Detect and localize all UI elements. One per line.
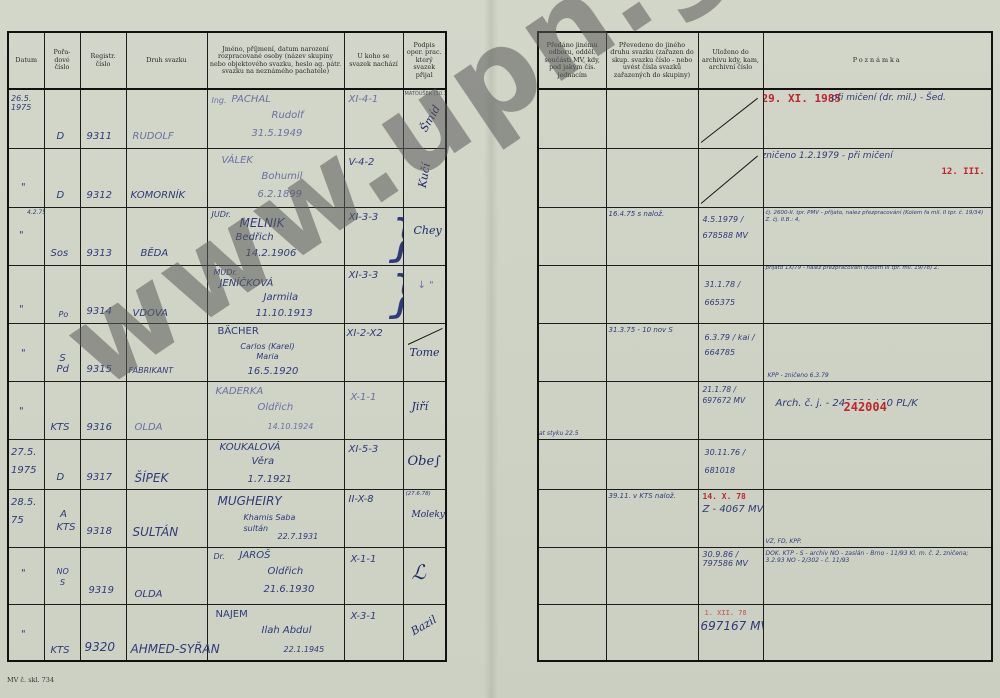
cancel-slash — [700, 155, 757, 203]
u-koho: XI-3-3 — [349, 212, 379, 223]
book-gutter — [484, 0, 498, 698]
col-header-ulozeno: Uloženo do archivu kdy, kam, archivní čí… — [698, 32, 763, 89]
jmeno-dob: 31.5.1949 — [252, 128, 303, 139]
signature: Moleky — [412, 510, 445, 520]
registr-cislo: 9317 — [87, 472, 112, 483]
u-koho: X-1-1 — [351, 554, 377, 565]
datum: " — [21, 629, 26, 640]
jmeno-dob: 22.7.1931 — [278, 532, 319, 541]
table-row: 27.5. 1975 D 9317 ŠÍPEK KOUKALOVÁ Věra 1… — [8, 439, 446, 489]
col-header-u-koho: U koho se svazek nachází — [344, 32, 403, 89]
brace-icon: } — [389, 208, 404, 266]
date-stamp: 12. III. 79 — [942, 167, 993, 177]
col-header-podpis: Podpis oper. prac. který svazek přijal — [403, 32, 446, 89]
table-row: 29. XI. 1985 při mičení (dr. mil.) - Šed… — [538, 89, 992, 148]
jmeno-dob: 22.1.1945 — [284, 645, 325, 654]
druh-svazku: ŠÍPEK — [135, 471, 169, 485]
jmeno-surname: KADERKA — [216, 386, 264, 397]
jmeno-surname: MUGHEIRY — [218, 494, 282, 508]
ditto-mark: ↓ " — [418, 280, 434, 291]
u-koho: XI-2-X2 — [347, 328, 383, 339]
table-row: zničeno 1.2.1979 - při mičení 12. III. 7… — [538, 148, 992, 207]
podpis-note: MATOUŠEK (30.1.87) — [405, 91, 447, 97]
col-header-registr-cislo: Registr. číslo — [80, 32, 126, 89]
druh-svazku: BĚDA — [141, 248, 169, 259]
jmeno-first: Rudolf — [272, 110, 304, 121]
col-header-prevedeno: Převedeno do jiného druhu svazku (zařaze… — [606, 32, 698, 89]
register-table-left: Datum Pořa-dové číslo Registr. číslo Dru… — [7, 31, 447, 662]
datum-note: 4.2.75 — [27, 209, 44, 216]
jmeno-surname: KOUKALOVÁ — [220, 442, 281, 453]
signature: Kučí — [415, 162, 432, 189]
registr-cislo: 9314 — [87, 306, 112, 317]
ulozeno: 21.1.78 / 697672 MV — [703, 384, 763, 406]
jmeno-title: Ing. — [212, 96, 227, 105]
jmeno-first: Bohumil — [262, 171, 303, 182]
col-header-poradove-cislo: Pořa-dové číslo — [44, 32, 80, 89]
jmeno-first: Oldřich — [258, 402, 294, 413]
registr-cislo: 9313 — [87, 248, 112, 259]
jmeno-dob: 16.5.1920 — [248, 366, 299, 377]
druh-svazku: FABRIKANT — [129, 366, 174, 375]
jmeno-surname: MELNIK — [240, 216, 285, 230]
signature: Jiří — [412, 400, 429, 413]
poznamka: čj. 2600-II. tpr. PMV - přijato, nalez p… — [766, 210, 988, 224]
date-stamp: 1. XII. 78 — [705, 609, 747, 617]
prevedeno: 39.11. v KTS nalož. — [609, 492, 676, 500]
druh-svazku: OLDA — [135, 422, 163, 433]
table-row: 4.2.75" Sos 9313 BĚDA JUDr. MELNIK Bedři… — [8, 207, 446, 265]
druh-svazku: VDOVA — [133, 308, 168, 319]
ulozeno: 6.3.79 / kai / 664785 — [705, 330, 761, 360]
datum: " — [21, 568, 26, 579]
jmeno-dob: 6.2.1899 — [258, 189, 303, 200]
jmeno-title: JUDr. — [212, 210, 231, 219]
col-header-poznamka: Poznámka — [763, 32, 992, 89]
cancel-slash — [700, 98, 757, 143]
u-koho: XI-4-1 — [349, 94, 379, 105]
header-row: Předáno jinému odboru, odděl. součásti M… — [538, 32, 992, 89]
jmeno-surname: PACHAL — [232, 94, 271, 105]
registr-cislo: 9312 — [87, 190, 112, 201]
u-koho: XI-5-3 — [349, 444, 379, 455]
ulozeno: 4.5.1979 / 678588 MV — [703, 212, 763, 244]
jmeno-first: Khamis Saba sultán — [244, 512, 314, 534]
predano: at styku 22.5 — [539, 430, 579, 437]
brace-icon: } — [389, 265, 404, 323]
col-header-predano: Předáno jinému odboru, odděl. součásti M… — [538, 32, 606, 89]
u-koho: X-3-1 — [351, 611, 377, 622]
jmeno-dob: 14.2.1906 — [246, 248, 297, 259]
jmeno-surname: JAROŠ — [240, 550, 271, 561]
poradove-cislo: NO S — [57, 566, 69, 588]
jmeno-title: Dr. — [214, 552, 225, 561]
jmeno-dob: 1.7.1921 — [248, 474, 293, 485]
datum: " — [21, 348, 26, 359]
poradove-cislo: A KTS — [57, 508, 71, 534]
poznamka: KPP, čistota KL. m., DCK, 4.5.77 zničil … — [766, 265, 988, 272]
signature: Chey — [414, 224, 442, 237]
jmeno-surname: JENÍČKOVÁ — [220, 278, 274, 289]
table-row: 30.11.76 / 681018 — [538, 439, 992, 489]
datum: " — [19, 230, 24, 241]
prevedeno: 31.3.75 - 10 nov S — [609, 326, 673, 334]
form-code: MV č. skl. 734 — [7, 676, 54, 684]
ulozeno: 30.9.86 / 797586 MV — [703, 550, 764, 568]
registr-cislo: 9311 — [87, 131, 112, 142]
jmeno-dob: 11.10.1913 — [256, 308, 313, 319]
poznamka: při mičení (dr. mil.) - Šed. — [832, 93, 946, 103]
registr-cislo: 9320 — [85, 640, 116, 654]
table-row: " KTS 9320 AHMED-SYŘAN NAJEM Ilah Abdul … — [8, 604, 446, 661]
poradove-cislo: D — [57, 131, 65, 142]
jmeno-surname: VÁLEK — [222, 155, 253, 166]
jmeno-first: Oldřich — [268, 566, 304, 577]
table-row: 16.4.75 s nalož. 4.5.1979 / 678588 MV čj… — [538, 207, 992, 265]
table-row: 31.1.78 / 665375 KPP, čistota KL. m., DC… — [538, 265, 992, 323]
poradove-cislo: D — [57, 472, 65, 483]
table-row: at styku 22.5 21.1.78 / 697672 MV Arch. … — [538, 381, 992, 439]
table-row: " D 9312 KOMORNÍK VÁLEK Bohumil 6.2.1899… — [8, 148, 446, 207]
poznamka: VZ, FD, KPP. — [766, 538, 802, 545]
datum: " — [21, 182, 26, 193]
poradove-cislo: Sos — [51, 248, 69, 259]
u-koho: V-4-2 — [349, 157, 375, 168]
registr-cislo: 9315 — [87, 364, 112, 375]
col-header-druh-svazku: Druh svazku — [126, 32, 207, 89]
druh-svazku: OLDA — [135, 589, 163, 600]
poznamka: KPP - zničeno 6.3.79 — [768, 372, 829, 379]
signature: Obe∫ — [408, 454, 441, 469]
table-row: " NO S 9319 OLDA Dr. JAROŠ Oldřich 21.6.… — [8, 547, 446, 604]
date-stamp: 29. XI. 1985 — [763, 92, 841, 105]
ulozeno: 697167 MV — [701, 619, 764, 633]
druh-svazku: SULTÁN — [133, 525, 179, 539]
table-row: 1. XII. 78697167 MV — [538, 604, 992, 661]
poradove-cislo: S Pd — [57, 353, 69, 375]
archive-number-stamp: 242004 — [844, 400, 887, 414]
u-koho: X-1-1 — [351, 392, 377, 403]
datum: 26.5. 1975 — [11, 94, 43, 112]
druh-svazku: RUDOLF — [133, 131, 174, 142]
table-row: " KTS 9316 OLDA KADERKA Oldřich 14.10.19… — [8, 381, 446, 439]
datum: 28.5. 75 — [11, 494, 43, 530]
registr-cislo: 9319 — [89, 585, 114, 596]
u-koho: XI-3-3 — [349, 270, 379, 281]
poznamka: DOK. KTP - S - archiv NO - zaslán - Brno… — [766, 550, 988, 564]
poradove-cislo: Po — [59, 310, 69, 319]
signature: Tome — [410, 346, 440, 359]
poradove-cislo: D — [57, 190, 65, 201]
druh-svazku: KOMORNÍK — [131, 190, 186, 201]
ulozeno: 30.11.76 / 681018 — [705, 444, 761, 480]
jmeno-surname: BÄCHER — [218, 326, 259, 337]
signature: ℒ — [412, 560, 426, 584]
podpis-note: (27.6.78) — [406, 491, 431, 497]
table-row: 30.9.86 / 797586 MV DOK. KTP - S - archi… — [538, 547, 992, 604]
date-stamp: 14. X. 78 — [703, 492, 746, 501]
prevedeno: 16.4.75 s nalož. — [609, 210, 665, 218]
jmeno-dob: 21.6.1930 — [264, 584, 315, 595]
jmeno-first: Věra — [252, 456, 275, 467]
poradove-cislo: KTS — [51, 422, 70, 433]
datum: 27.5. 1975 — [11, 444, 43, 480]
table-row: 26.5. 1975 D 9311 RUDOLF Ing. PACHAL Rud… — [8, 89, 446, 148]
ulozeno: Z - 4067 MV — [703, 504, 764, 515]
jmeno-dob: 14.10.1924 — [268, 422, 314, 431]
ulozeno: 31.1.78 / 665375 — [705, 276, 761, 312]
header-row: Datum Pořa-dové číslo Registr. číslo Dru… — [8, 32, 446, 89]
datum: " — [19, 406, 24, 417]
jmeno-first: Jarmila — [264, 292, 299, 303]
signature: Bazil — [408, 612, 438, 637]
registr-cislo: 9318 — [87, 526, 112, 537]
poradove-cislo: KTS — [51, 645, 70, 656]
register-table-right: Předáno jinému odboru, odděl. součásti M… — [537, 31, 993, 662]
datum: " — [19, 304, 24, 315]
table-row: " Po 9314 VDOVA MUDr. JENÍČKOVÁ Jarmila … — [8, 265, 446, 323]
table-row: " S Pd 9315 FABRIKANT BÄCHER Carlos (Kar… — [8, 323, 446, 381]
table-row: 39.11. v KTS nalož. 14. X. 78Z - 4067 MV… — [538, 489, 992, 547]
table-row: 31.3.75 - 10 nov S 6.3.79 / kai / 664785… — [538, 323, 992, 381]
jmeno-surname: NAJEM — [216, 609, 248, 620]
jmeno-first: Carlos (Karel) Maria — [238, 342, 298, 362]
jmeno-first: Bedřich — [236, 232, 274, 243]
registr-cislo: 9316 — [87, 422, 112, 433]
table-row: 28.5. 75 A KTS 9318 SULTÁN MUGHEIRY Kham… — [8, 489, 446, 547]
u-koho: II-X-8 — [349, 494, 374, 505]
col-header-jmeno: Jméno, příjmení, datum narození rozpraco… — [207, 32, 344, 89]
poznamka: zničeno 1.2.1979 - při mičení — [763, 151, 893, 161]
col-header-datum: Datum — [8, 32, 44, 89]
jmeno-first: Ilah Abdul — [262, 625, 312, 636]
jmeno-title: MUDr. — [214, 268, 238, 277]
signature: Šmíd — [417, 103, 443, 134]
